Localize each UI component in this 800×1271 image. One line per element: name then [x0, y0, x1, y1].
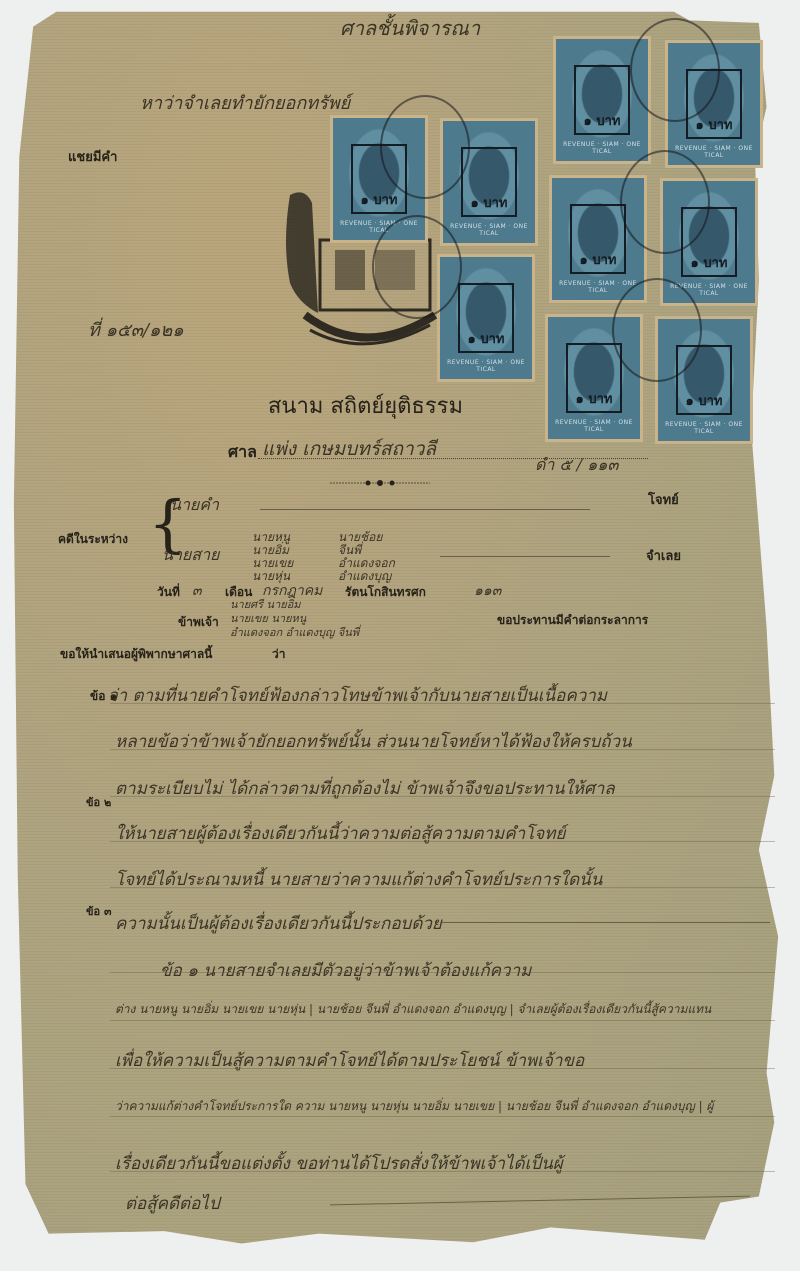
ruled-line: [110, 1116, 775, 1117]
petitioner-names: นายศรี นายอิ่ม นายเขย นายหนู อำแดงจอก อำ…: [230, 598, 359, 640]
ruled-line: [110, 841, 775, 842]
item-marker: ข้อ ๓: [86, 902, 111, 920]
plaintiff-rule: [260, 509, 590, 510]
court-level-handwritten: ศาลชั้นพิจารณา: [340, 12, 480, 44]
defendant-relations: นายช้อย จีนพี่ อำแดงจอก อำแดงบุญ: [338, 518, 395, 583]
body-line: ความนั้นเป็นผู้ต้องเรื่องเดียวกันนี้ประก…: [115, 910, 442, 937]
ruled-line: [110, 749, 775, 750]
that-label: ว่า: [272, 645, 285, 664]
annotation-line: หาว่าจำเลยทำยักยอกทรัพย์: [140, 88, 350, 117]
court-value: แพ่ง เกษมบทร์สถาวลี: [262, 434, 436, 464]
petitioner-label: ข้าพเจ้า: [178, 613, 219, 632]
petition-label: ขอประทานมีคำต่อกระลาการ: [497, 611, 648, 630]
postmark-icon: [620, 150, 710, 254]
body-line: ตามระเบียบไม่ ได้กล่าวตามที่ถูกต้องไม่ ข…: [115, 775, 615, 802]
defendant-rule: [440, 556, 610, 557]
ruled-line: [110, 972, 775, 973]
request-label: ขอให้นำเสนอผู้พิพากษาศาลนี้: [60, 645, 212, 664]
date-day-label: วันที่: [157, 583, 180, 602]
reference-number: ที่ ๑๕๓/๑๒๑: [88, 315, 184, 344]
body-line: ข้อ ๑ นายสายจำเลยมีตัวอยู่ว่าข้าพเจ้าต้อ…: [160, 957, 531, 984]
ruled-line: [110, 703, 775, 704]
postmark-icon: [630, 18, 720, 122]
defendant-parties: นายหนู นายอิ่ม นายเขย นายหุ่น: [252, 518, 293, 583]
date-era-value: ๑๑๓: [474, 580, 501, 602]
plaintiff-label: โจทย์: [648, 489, 679, 510]
ruled-line: [110, 796, 775, 797]
body-line: เพื่อให้ความเป็นสู้ความตามคำโจทย์ได้ตามป…: [115, 1047, 584, 1074]
body-line: ต่อสู้คดีต่อไป: [125, 1190, 220, 1217]
date-day-value: ๓: [192, 580, 202, 602]
between-label: คดีในระหว่าง: [58, 530, 128, 549]
ruled-line: [110, 1171, 775, 1172]
body-line: เรื่องเดียวกันนี้ขอแต่งตั้ง ขอท่านได้โปร…: [115, 1150, 563, 1177]
item-marker: ข้อ ๒: [86, 793, 111, 811]
ornament-divider-icon: [330, 480, 430, 486]
body-line: โจทย์ได้ประณามหนี้ นายสายว่าความแก้ต่างค…: [115, 866, 602, 893]
body-line: ให้นายสายผู้ต้องเรื่องเดียวกันนี้ว่าความ…: [115, 820, 565, 847]
postmark-icon: [372, 215, 462, 319]
ruled-line: [110, 887, 775, 888]
body-line: ต่าง นายหนู นายอิ่ม นายเขย นายหุ่น | นาย…: [115, 1000, 711, 1019]
ruled-line: [440, 922, 770, 923]
body-line: ว่าความแก้ต่างคำโจทย์ประการใด ความ นายหน…: [115, 1097, 713, 1116]
plaintiff-name: นายคำ: [170, 493, 219, 518]
body-line: หลายข้อว่าข้าพเจ้ายักยอกทรัพย์นั้น ส่วนน…: [115, 728, 632, 755]
ruled-line: [110, 1068, 775, 1069]
defendant-label: จำเลย: [646, 545, 681, 566]
defendant-name: นายสาย: [162, 543, 219, 568]
body-line: ว่า ตามที่นายคำโจทย์ฟ้องกล่าวโทษข้าพเจ้า…: [108, 682, 607, 709]
postmark-icon: [612, 278, 702, 382]
postmark-icon: [380, 95, 470, 199]
margin-label: แชยมีคำ: [68, 146, 117, 167]
ruled-line: [110, 1020, 775, 1021]
filing-number: ดำ ๕ / ๑๑๓: [535, 453, 618, 478]
form-title: สนาม สถิตย์ยุติธรรม: [268, 388, 463, 423]
court-label: ศาล: [228, 440, 257, 465]
